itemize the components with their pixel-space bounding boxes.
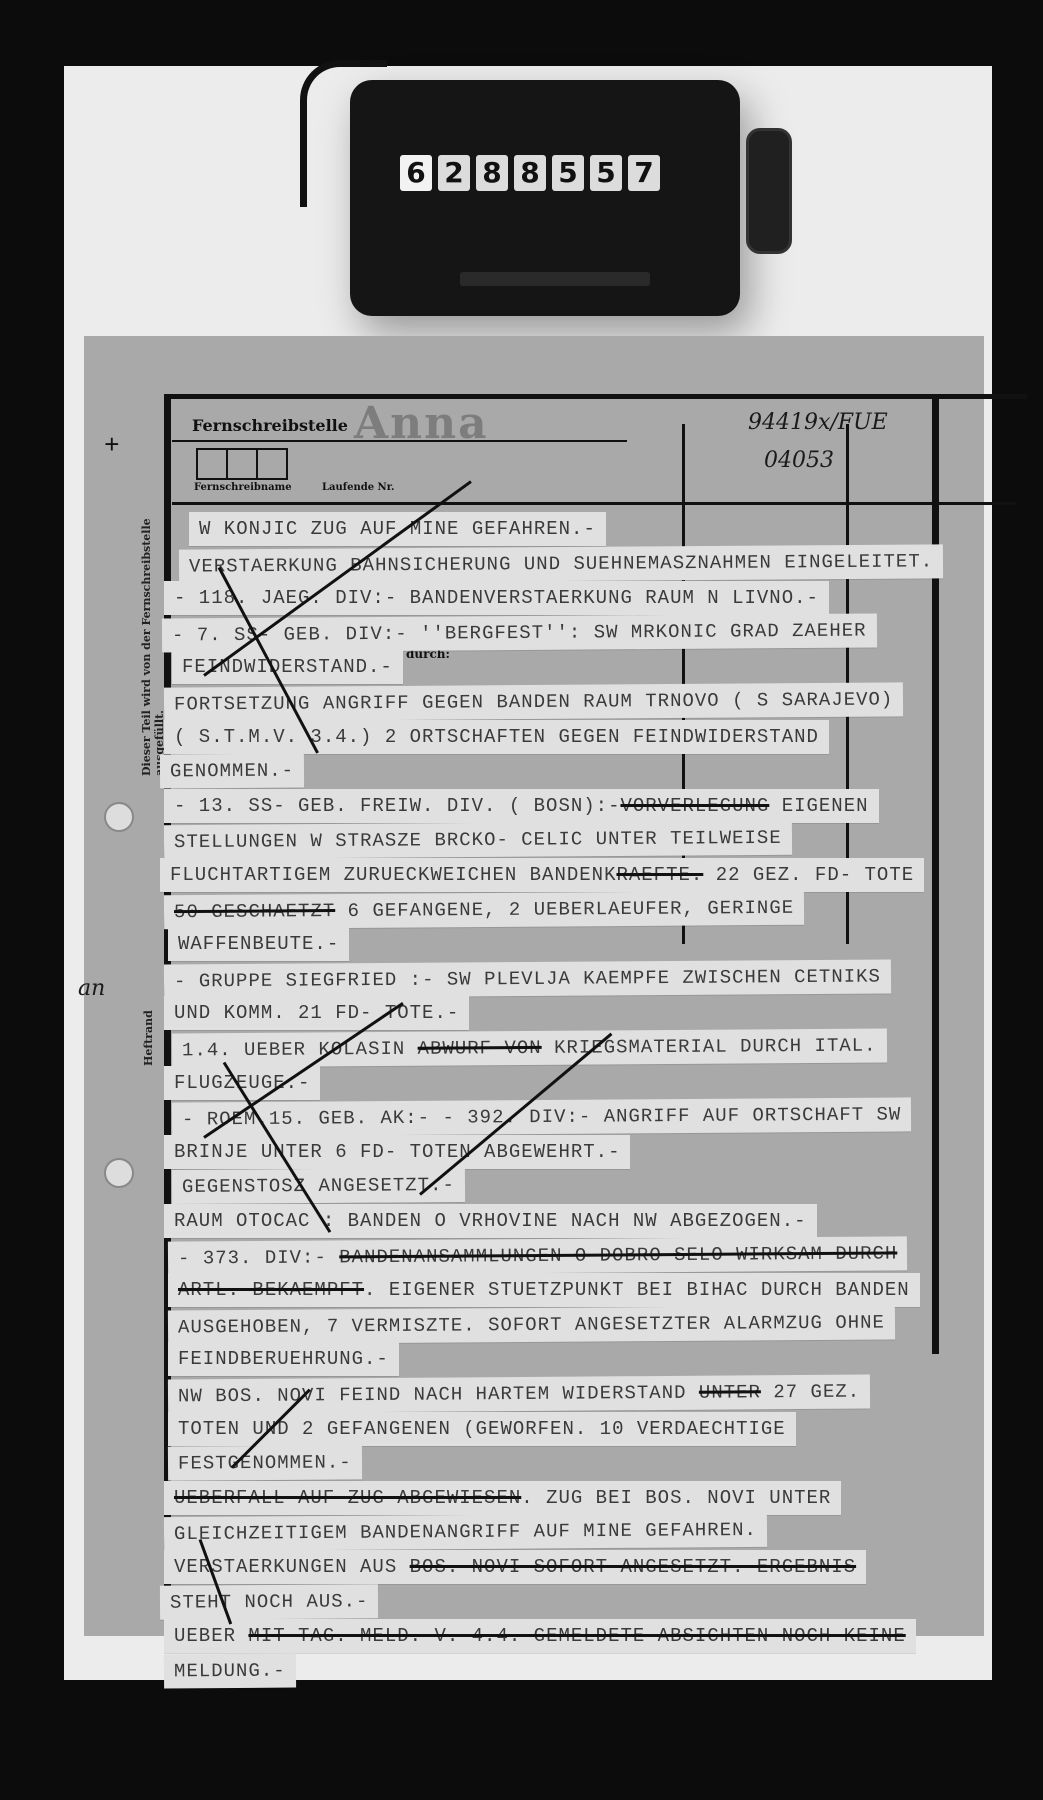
struck-text: VORVERLEGUNG <box>620 795 769 817</box>
form-frame-right <box>932 394 939 1354</box>
message-line: ARTL. BEKAEMPFT. EIGENER STUETZPUNKT BEI… <box>168 1273 920 1307</box>
line-text: FEINDBERUEHRUNG.- <box>178 1348 389 1370</box>
heftrand-label: Heftrand <box>142 976 155 1066</box>
line-text: . ZUG BEI BOS. NOVI UNTER <box>521 1487 831 1509</box>
counter-digit: 6 <box>400 155 432 191</box>
message-line: FEINDWIDERSTAND.- <box>172 650 403 684</box>
struck-text: UEBERFALL AUF ZUG ABGEWIESEN <box>174 1487 521 1509</box>
message-line: - 13. SS- GEB. FREIW. DIV. ( BOSN):-VORV… <box>164 789 879 823</box>
side-instruction-text: Dieser Teil wird von der Fernschreibstel… <box>140 456 166 776</box>
line-text: UND KOMM. 21 FD- TOTE.- <box>174 1002 459 1024</box>
line-text: UEBER <box>174 1625 248 1647</box>
line-text: GEGENSTOSZ ANGESETZT.- <box>182 1174 455 1198</box>
fernschreibname-boxes <box>196 448 286 480</box>
message-line: MELDUNG.- <box>164 1653 296 1688</box>
counter-digits: 6 2 8 8 5 5 7 <box>400 155 660 191</box>
line-text: STEHT NOCH AUS.- <box>170 1590 369 1613</box>
message-line: UND KOMM. 21 FD- TOTE.- <box>164 996 469 1030</box>
message-line: 1.4. UEBER KOLASIN ABWURF VON KRIEGSMATE… <box>172 1029 887 1068</box>
line-text: 6 GEFANGENE, 2 UEBERLAEUFER, GERINGE <box>335 896 794 921</box>
line-text: NW BOS. NOVI FEIND NACH HARTEM WIDERSTAN… <box>178 1382 699 1408</box>
frame-counter-device: 6 2 8 8 5 5 7 <box>350 80 740 316</box>
line-text: - 373. DIV:- <box>178 1246 339 1269</box>
punch-hole <box>104 802 134 832</box>
struck-text: RAEFTE. <box>616 864 703 886</box>
counter-digit: 8 <box>476 155 508 191</box>
message-line: AUSGEHOBEN, 7 VERMISZTE. SOFORT ANGESETZ… <box>168 1305 895 1344</box>
message-line: FORTSETZUNG ANGRIFF GEGEN BANDEN RAUM TR… <box>164 682 904 721</box>
message-line: TOTEN UND 2 GEFANGENEN (GEWORFEN. 10 VER… <box>168 1412 796 1446</box>
message-line: GEGENSTOSZ ANGESETZT.- <box>172 1168 465 1204</box>
counter-digit: 8 <box>514 155 546 191</box>
line-text: EIGENEN <box>769 795 868 817</box>
line-text: STELLUNGEN W STRASZE BRCKO- CELIC UNTER … <box>174 827 782 853</box>
plus-mark-icon: + <box>104 431 120 461</box>
line-text: FORTSETZUNG ANGRIFF GEGEN BANDEN RAUM TR… <box>174 688 893 715</box>
message-line: UEBERFALL AUF ZUG ABGEWIESEN. ZUG BEI BO… <box>164 1481 841 1515</box>
handwritten-margin-note: an <box>78 976 105 1001</box>
line-text: - GRUPPE SIEGFRIED :- SW PLEVLJA KAEMPFE… <box>174 965 881 992</box>
handwritten-reference-number: 94419x/FUE <box>748 410 888 435</box>
struck-text: ABWURF VON <box>418 1037 542 1060</box>
message-line: - 373. DIV:- BANDENANSAMMLUNGEN O DOBRO … <box>168 1236 908 1275</box>
line-text: FLUCHTARTIGEM ZURUECKWEICHEN BANDENK <box>170 864 616 886</box>
message-line: - ROEM.15. GEB. AK:- - 392. DIV:- ANGRIF… <box>172 1098 912 1137</box>
message-line: FLUCHTARTIGEM ZURUECKWEICHEN BANDENKRAEF… <box>160 858 924 892</box>
message-line: UEBER MIT TAG. MELD. V. 4.4. GEMELDETE A… <box>164 1619 916 1653</box>
struck-text: MIT TAG. MELD. V. 4.4. GEMELDETE ABSICHT… <box>248 1625 905 1647</box>
line-text: ( S.T.M.V. 3.4.) 2 ORTSCHAFTEN GEGEN FEI… <box>174 726 819 748</box>
teleprinter-form: Fernschreibstelle Anna Fernschreibname L… <box>84 336 984 1636</box>
counter-digit: 7 <box>628 155 660 191</box>
line-text: RAUM OTOCAC : BANDEN O VRHOVINE NACH NW … <box>174 1210 807 1232</box>
message-line: VERSTAERKUNGEN AUS BOS. NOVI SOFORT ANGE… <box>164 1550 866 1584</box>
line-text: GLEICHZEITIGEM BANDENANGRIFF AUF MINE GE… <box>174 1519 757 1545</box>
anna-stamp: Anna <box>354 398 489 449</box>
struck-text: ARTL. BEKAEMPFT <box>178 1279 364 1301</box>
header-rule <box>172 502 1017 505</box>
punch-hole <box>104 1158 134 1188</box>
struck-text: UNTER <box>699 1381 761 1403</box>
message-line: FESTGENOMMEN.- <box>168 1446 362 1481</box>
struck-text: BANDENANSAMMLUNGEN O DOBRO SELO WIRKSAM … <box>339 1242 897 1268</box>
message-line: - GRUPPE SIEGFRIED :- SW PLEVLJA KAEMPFE… <box>164 959 891 998</box>
struck-text: 50 GESCHAETZT <box>174 900 335 923</box>
message-line: GLEICHZEITIGEM BANDENANGRIFF AUF MINE GE… <box>164 1513 767 1551</box>
line-text: WAFFENBEUTE.- <box>178 933 339 955</box>
message-line: 50 GESCHAETZT 6 GEFANGENE, 2 UEBERLAEUFE… <box>164 890 804 928</box>
counter-cable <box>300 60 387 207</box>
message-line: STELLUNGEN W STRASZE BRCKO- CELIC UNTER … <box>164 821 792 859</box>
line-text: - 13. SS- GEB. FREIW. DIV. ( BOSN):- <box>174 795 620 817</box>
line-text: 27 GEZ. <box>761 1381 860 1404</box>
line-text: 22 GEZ. FD- TOTE <box>703 864 914 886</box>
counter-digit: 2 <box>438 155 470 191</box>
message-line: RAUM OTOCAC : BANDEN O VRHOVINE NACH NW … <box>164 1204 817 1238</box>
counter-slot <box>460 272 650 286</box>
struck-text: BOS. NOVI SOFORT ANGESETZT. ERGEBNIS <box>410 1556 856 1578</box>
message-line: - 7. SS- GEB. DIV:- ''BERGFEST'': SW MRK… <box>162 613 877 652</box>
counter-knob <box>746 128 792 254</box>
message-line: W KONJIC ZUG AUF MINE GEFAHREN.- <box>189 512 606 546</box>
fernschreibname-label: Fernschreibname <box>194 482 292 493</box>
message-line: GENOMMEN.- <box>160 754 304 789</box>
line-text: BRINJE UNTER 6 FD- TOTEN ABGEWEHRT.- <box>174 1141 620 1163</box>
line-text: 1.4. UEBER KOLASIN <box>182 1038 418 1062</box>
message-line: - 118. JAEG. DIV:- BANDENVERSTAERKUNG RA… <box>164 581 829 615</box>
line-text: FESTGENOMMEN.- <box>178 1452 352 1475</box>
message-line: VERSTAERKUNG BAHNSICHERUNG UND SUEHNEMAS… <box>179 544 943 583</box>
fernschreibstelle-label: Fernschreibstelle <box>192 416 348 435</box>
counter-digit: 5 <box>590 155 622 191</box>
message-line: NW BOS. NOVI FEIND NACH HARTEM WIDERSTAN… <box>168 1375 870 1414</box>
line-text: - ROEM.15. GEB. AK:- - 392. DIV:- ANGRIF… <box>182 1104 901 1131</box>
line-text: - 118. JAEG. DIV:- BANDENVERSTAERKUNG RA… <box>174 587 819 609</box>
line-text: VERSTAERKUNG BAHNSICHERUNG UND SUEHNEMAS… <box>189 550 933 577</box>
line-text: AUSGEHOBEN, 7 VERMISZTE. SOFORT ANGESETZ… <box>178 1311 885 1338</box>
handwritten-reference-number: 04053 <box>764 448 834 473</box>
message-line: WAFFENBEUTE.- <box>168 927 349 961</box>
line-text: GENOMMEN.- <box>170 760 294 783</box>
laufende-nr-label: Laufende Nr. <box>322 482 395 493</box>
message-line: ( S.T.M.V. 3.4.) 2 ORTSCHAFTEN GEGEN FEI… <box>164 720 829 754</box>
message-line: FEINDBERUEHRUNG.- <box>168 1342 399 1376</box>
message-line: BRINJE UNTER 6 FD- TOTEN ABGEWEHRT.- <box>164 1135 630 1169</box>
line-text: . EIGENER STUETZPUNKT BEI BIHAC DURCH BA… <box>364 1279 910 1301</box>
message-line: STEHT NOCH AUS.- <box>160 1584 379 1620</box>
counter-digit: 5 <box>552 155 584 191</box>
line-text: MELDUNG.- <box>174 1659 286 1682</box>
